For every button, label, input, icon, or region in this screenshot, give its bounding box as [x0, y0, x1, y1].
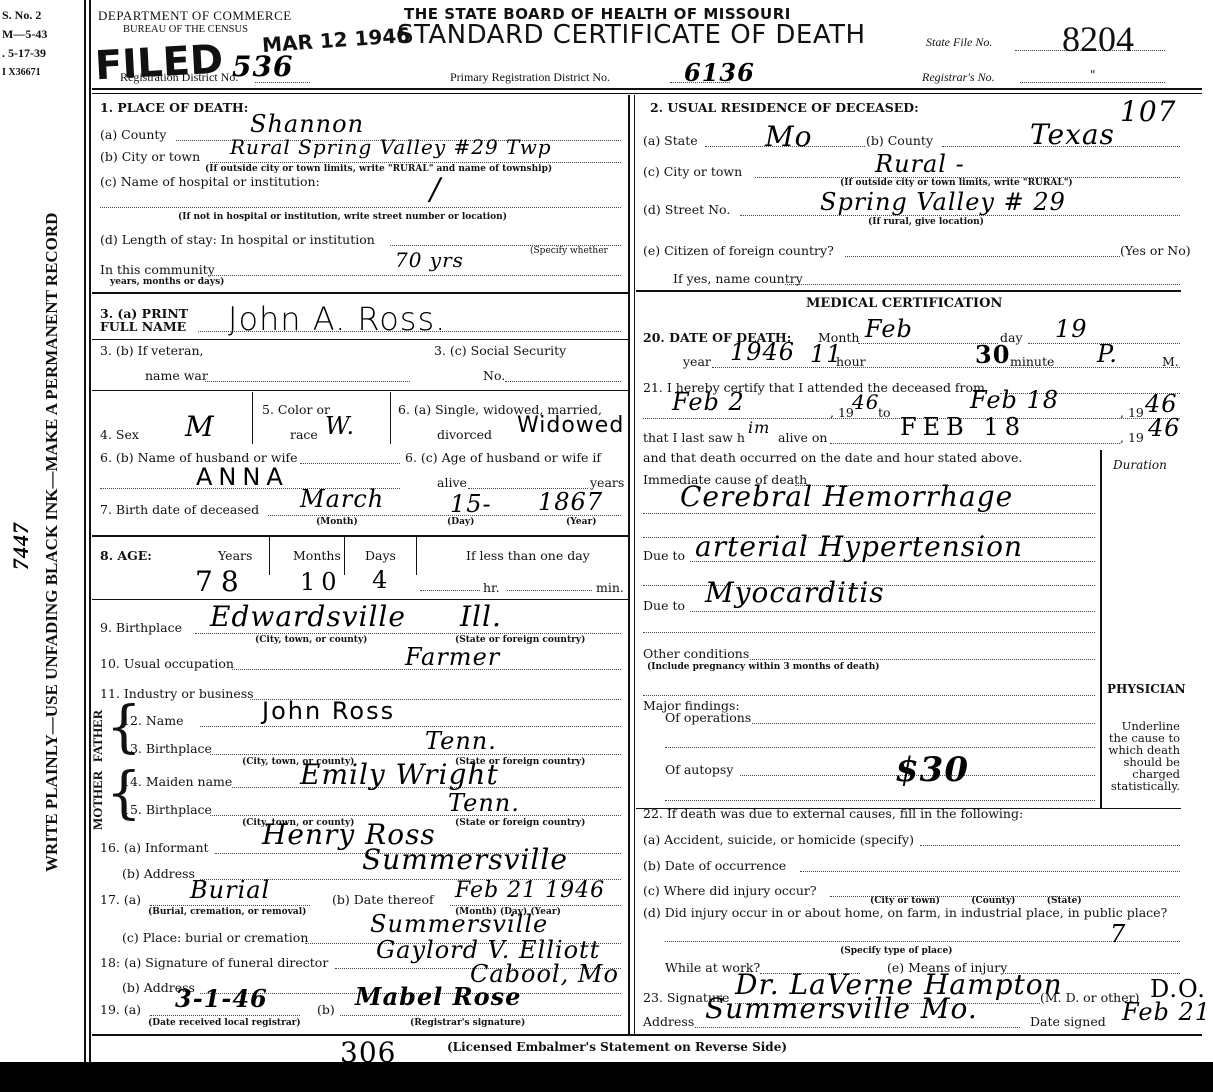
- cell-divider: [344, 537, 345, 575]
- dotted-line: [830, 443, 1120, 444]
- res-street-value: Spring Valley # 29: [820, 188, 1066, 216]
- birth-day: 15-: [450, 490, 492, 518]
- dotted-line: [665, 800, 1095, 801]
- birth-year: 1867: [538, 488, 603, 516]
- physician-note: Underline the cause to which death shoul…: [1104, 720, 1180, 792]
- certificate-title: STANDARD CERTIFICATE OF DEATH: [397, 20, 866, 50]
- pod-city-note: (If outside city or town limits, write "…: [205, 164, 552, 174]
- hr-label: hr.: [483, 580, 500, 595]
- father-bp-label: 13. Birthplace: [122, 741, 212, 756]
- min-label: min.: [596, 580, 624, 595]
- dod-minute-label: minute: [1010, 354, 1054, 369]
- external-heading: 22. If death was due to external causes,…: [643, 806, 1023, 821]
- year-prefix: , 19: [1120, 430, 1144, 445]
- last-saw-value: FEB 18: [900, 413, 1026, 441]
- year-prefix: , 19: [830, 405, 854, 420]
- war-label: name war: [145, 368, 208, 383]
- mother-name-value: Emily Wright: [300, 758, 499, 791]
- pod-stay-note: (Specify whether: [530, 246, 608, 256]
- days-header: Days: [365, 548, 396, 563]
- dotted-line: [695, 1027, 1020, 1028]
- name-label-line: FULL NAME: [100, 320, 188, 333]
- dotted-line: [205, 381, 410, 382]
- res-city-note: (If outside city or town limits, write "…: [840, 178, 1073, 188]
- dotted-line: [643, 695, 1095, 696]
- burial-place-label: (c) Place: burial or cremation: [122, 930, 308, 945]
- dotted-line: [505, 381, 621, 382]
- bureau: BUREAU OF THE CENSUS: [123, 24, 248, 35]
- race-label-2: race: [290, 427, 318, 442]
- registrar-sig-label: (b): [317, 1002, 335, 1017]
- form-code: . 5-17-39: [2, 44, 47, 63]
- months-header: Months: [293, 548, 341, 563]
- disposition-caption: (Burial, cremation, or removal): [148, 907, 306, 917]
- res-state-label: (a) State: [643, 133, 698, 148]
- informant-addr-label: (b) Address: [122, 866, 195, 881]
- dotted-line: [420, 590, 480, 591]
- pod-hospital-note: (If not in hospital or institution, writ…: [178, 212, 507, 222]
- dotted-line: [785, 284, 1180, 285]
- external-d-label: (d) Did injury occur in or about home, o…: [643, 905, 1167, 920]
- res-county-label: (b) County: [866, 133, 933, 148]
- physician-heading: PHYSICIAN: [1107, 682, 1186, 696]
- father-name-label: 12. Name: [122, 713, 184, 728]
- place-of-death-heading: 1. PLACE OF DEATH:: [100, 100, 248, 115]
- mother-bp-value: Tenn.: [448, 789, 520, 817]
- state-file-number: 8204: [1062, 18, 1134, 60]
- occupation-label: 10. Usual occupation: [100, 656, 234, 671]
- dotted-line: [150, 905, 310, 906]
- father-name-value: John Ross: [262, 697, 395, 725]
- registrar-no-label: Registrar's No.: [922, 70, 995, 85]
- year-caption: (Year): [566, 517, 596, 527]
- res-citizen-label: (e) Citizen of foreign country?: [643, 243, 834, 258]
- dotted-line: [665, 941, 1180, 942]
- month-caption: (Month): [316, 517, 358, 527]
- age-months: 10: [300, 568, 343, 596]
- spouse-age-label-2: alive: [437, 475, 467, 490]
- primary-district-label: Primary Registration District No.: [450, 70, 610, 85]
- section-divider: [92, 390, 628, 391]
- autopsy-label: Of autopsy: [665, 762, 733, 777]
- mother-side-label: MOTHER: [90, 771, 106, 830]
- mother-name-label: 14. Maiden name: [122, 774, 232, 789]
- due-to-value-2: Myocarditis: [705, 576, 885, 609]
- primary-district-value: 6136: [684, 58, 755, 87]
- dod-minute-value: 30: [975, 340, 1010, 369]
- dotted-line: [920, 845, 1180, 846]
- dod-ampm-value: P.: [1097, 340, 1118, 368]
- date-signed-value: Feb 21: [1122, 998, 1211, 1026]
- scan-border: [0, 1062, 1213, 1092]
- attended-from-value: Feb 2: [672, 388, 745, 416]
- form-code: S. No. 2: [2, 6, 47, 25]
- age-years: 78: [195, 565, 247, 598]
- sex-value: M: [185, 410, 215, 443]
- dotted-line: [845, 256, 1120, 257]
- department: DEPARTMENT OF COMMERCE: [98, 8, 292, 24]
- race-value: W.: [325, 412, 355, 440]
- registrar-sig-value: Mabel Rose: [355, 982, 521, 1011]
- dotted-line: [507, 590, 592, 591]
- veteran-label: 3. (b) If veteran,: [100, 343, 204, 358]
- disposition-label: 17. (a): [100, 892, 141, 907]
- pod-stay-label: (d) Length of stay: In hospital or insti…: [100, 232, 375, 247]
- dotted-line: [100, 207, 621, 208]
- state-file-label: State File No.: [926, 35, 992, 50]
- column-divider: [634, 95, 635, 1035]
- cell-divider: [252, 392, 253, 444]
- frame-line: [92, 1034, 1202, 1036]
- res-street-note: (If rural, give location): [868, 217, 984, 227]
- dotted-line: [340, 1015, 621, 1016]
- res-county-value: Texas: [1030, 118, 1115, 151]
- dotted-line: [1020, 82, 1165, 83]
- last-saw-year: 46: [1148, 414, 1181, 442]
- dotted-line: [210, 275, 621, 276]
- pod-hospital-value: /: [430, 172, 441, 207]
- marital-label-2: divorced: [437, 427, 492, 442]
- pod-community-value: 70 yrs: [395, 248, 464, 272]
- pod-county-value: Shannon: [250, 110, 364, 138]
- birthplace-city: Edwardsville: [210, 600, 406, 633]
- dotted-line: [750, 659, 1095, 660]
- year-prefix: , 19: [1120, 405, 1144, 420]
- frame-line: [84, 0, 86, 1062]
- registrar-sig-caption: (Registrar's signature): [410, 1018, 525, 1028]
- dotted-line: [800, 871, 1180, 872]
- age-days: 4: [372, 566, 388, 594]
- day-caption: (Day): [447, 517, 474, 527]
- cell-divider: [416, 537, 417, 575]
- cause-duration-divider: [1100, 450, 1102, 808]
- dotted-line: [200, 726, 621, 727]
- form-code: M—5-43: [2, 25, 47, 44]
- margin-handwritten-number: 7447: [8, 522, 34, 570]
- birthplace-label: 9. Birthplace: [100, 620, 182, 635]
- date-signed-label: Date signed: [1030, 1014, 1106, 1029]
- medical-heading: MEDICAL CERTIFICATION: [806, 296, 1002, 311]
- dod-hour-label: hour: [836, 354, 866, 369]
- attended-from-year: 46: [852, 390, 879, 414]
- due-to-label: Due to: [643, 548, 685, 563]
- father-bp-value: Tenn.: [425, 727, 497, 755]
- res-city-label: (c) City or town: [643, 164, 742, 179]
- pod-community-note: years, months or days): [110, 277, 224, 287]
- pod-city-label: (b) City or town: [100, 149, 200, 164]
- external-a-label: (a) Accident, suicide, or homicide (spec…: [643, 832, 914, 847]
- sig-address-label: Address: [643, 1014, 694, 1029]
- death-certificate: S. No. 2 M—5-43 . 5-17-39 I X36671 WRITE…: [0, 0, 1213, 1062]
- operations-label: Of operations: [665, 710, 751, 725]
- frame-line: [92, 93, 1202, 94]
- dotted-line: [665, 747, 1095, 748]
- cell-divider: [390, 392, 391, 444]
- dotted-line: [150, 1015, 300, 1016]
- res-street-label: (d) Street No.: [643, 202, 730, 217]
- city-caption: (City, town, or county): [255, 635, 367, 645]
- burial-place-value: Summersville: [370, 910, 548, 938]
- received-label: 19. (a): [100, 1002, 141, 1017]
- res-citizen-note: (Yes or No): [1120, 243, 1191, 258]
- dotted-line: [210, 162, 621, 163]
- dotted-line: [210, 754, 621, 755]
- residence-heading: 2. USUAL RESIDENCE OF DECEASED:: [650, 100, 919, 115]
- left-margin: S. No. 2 M—5-43 . 5-17-39 I X36671 WRITE…: [0, 0, 88, 1062]
- attended-to-value: Feb 18: [970, 386, 1059, 414]
- received-caption: (Date received local registrar): [148, 1018, 301, 1028]
- autopsy-mark: $30: [895, 750, 969, 790]
- dod-m-label: M.: [1162, 354, 1179, 369]
- form-codes: S. No. 2 M—5-43 . 5-17-39 I X36671: [2, 6, 47, 82]
- years-header: Years: [218, 548, 252, 563]
- sig-address-value: Summersville Mo.: [705, 992, 978, 1025]
- burial-date-value: Feb 21 1946: [455, 878, 605, 903]
- form-code: I X36671: [2, 63, 47, 82]
- mother-bp-label: 15. Birthplace: [122, 802, 212, 817]
- full-name-value: John A. Ross.: [228, 300, 446, 338]
- duration-header: Duration: [1113, 458, 1167, 472]
- dotted-line: [752, 723, 1095, 724]
- cell-divider: [269, 537, 270, 575]
- race-label: 5. Color or: [262, 402, 330, 417]
- occurred-label: and that death occurred on the date and …: [643, 450, 1022, 465]
- res-country-label: If yes, name country: [673, 271, 803, 286]
- spouse-value: ANNA: [196, 463, 289, 491]
- due-to-label: Due to: [643, 598, 685, 613]
- reverse-side-note: (Licensed Embalmer's Statement on Revers…: [447, 1040, 787, 1054]
- spouse-age-label: 6. (c) Age of husband or wife if: [405, 450, 601, 465]
- section-divider: [92, 339, 628, 340]
- less-than-day-header: If less than one day: [466, 548, 590, 563]
- birthplace-state: Ill.: [460, 600, 502, 633]
- name-label: 3. (a) PRINT FULL NAME: [100, 307, 188, 333]
- burial-date-label: (b) Date thereof: [332, 892, 434, 907]
- external-mark: 7: [1110, 920, 1126, 948]
- birth-date-label: 7. Birth date of deceased: [100, 502, 259, 517]
- dotted-line: [690, 611, 1095, 612]
- alive-on-label: alive on: [778, 430, 827, 445]
- last-saw-pronoun: im: [748, 418, 770, 437]
- immediate-cause-value: Cerebral Hemorrhage: [680, 480, 1013, 513]
- pod-community-label: In this community: [100, 262, 215, 277]
- father-side-label: FATHER: [90, 710, 106, 762]
- section-divider: [636, 290, 1181, 292]
- dod-year-label: year: [683, 354, 711, 369]
- external-b-label: (b) Date of occurrence: [643, 858, 786, 873]
- due-to-value-1: arterial Hypertension: [695, 530, 1023, 563]
- corner-mark: 107: [1120, 95, 1176, 128]
- informant-label: 16. (a) Informant: [100, 840, 209, 855]
- pod-hospital-label: (c) Name of hospital or institution:: [100, 174, 320, 189]
- section-divider: [92, 535, 628, 537]
- res-state-value: Mo: [765, 120, 813, 153]
- director-label: 18: (a) Signature of funeral director: [100, 955, 328, 970]
- reg-district-label: Registration District No.: [120, 70, 238, 85]
- received-value: 3-1-46: [175, 984, 268, 1013]
- frame-line: [89, 0, 91, 1062]
- dotted-line: [210, 815, 621, 816]
- attended-to-label: to: [878, 405, 891, 420]
- pod-county-label: (a) County: [100, 127, 166, 142]
- disposition-value: Burial: [190, 876, 270, 904]
- frame-line: [92, 88, 1202, 90]
- res-city-value: Rural -: [875, 150, 965, 178]
- dod-day-value: 19: [1055, 315, 1088, 343]
- reg-district-value: 536: [232, 50, 293, 83]
- place-type-caption: (Specify type of place): [840, 946, 952, 956]
- dotted-line: [195, 633, 621, 634]
- last-saw-label: that I last saw h: [643, 430, 745, 445]
- informant-addr-value: Summersville: [362, 843, 568, 876]
- registrar-no-value: ": [1090, 68, 1096, 82]
- column-divider: [628, 95, 630, 1035]
- dotted-line: [643, 632, 1095, 633]
- other-conditions-note: (Include pregnancy within 3 months of de…: [647, 662, 880, 672]
- age-label: 8. AGE:: [100, 548, 152, 563]
- occupation-value: Farmer: [405, 643, 500, 671]
- birth-month: March: [300, 485, 384, 513]
- external-c-label: (c) Where did injury occur?: [643, 883, 817, 898]
- dotted-line: [300, 463, 400, 464]
- dod-month-value: Feb: [865, 315, 913, 343]
- sex-label: 4. Sex: [100, 427, 139, 442]
- pod-city-value: Rural Spring Valley #29 Twp: [230, 135, 552, 159]
- marital-value: Widowed: [517, 413, 624, 438]
- section-divider: [92, 292, 628, 294]
- vertical-instruction: WRITE PLAINLY—USE UNFADING BLACK INK—MAK…: [42, 213, 62, 872]
- other-conditions-label: Other conditions: [643, 646, 749, 661]
- ss-no-label: No.: [483, 368, 505, 383]
- ss-label: 3. (c) Social Security: [434, 343, 566, 358]
- dotted-line: [450, 905, 621, 906]
- dotted-line: [643, 513, 1095, 514]
- state-caption: (State or foreign country): [455, 818, 585, 828]
- dod-year-value: 1946: [730, 338, 795, 366]
